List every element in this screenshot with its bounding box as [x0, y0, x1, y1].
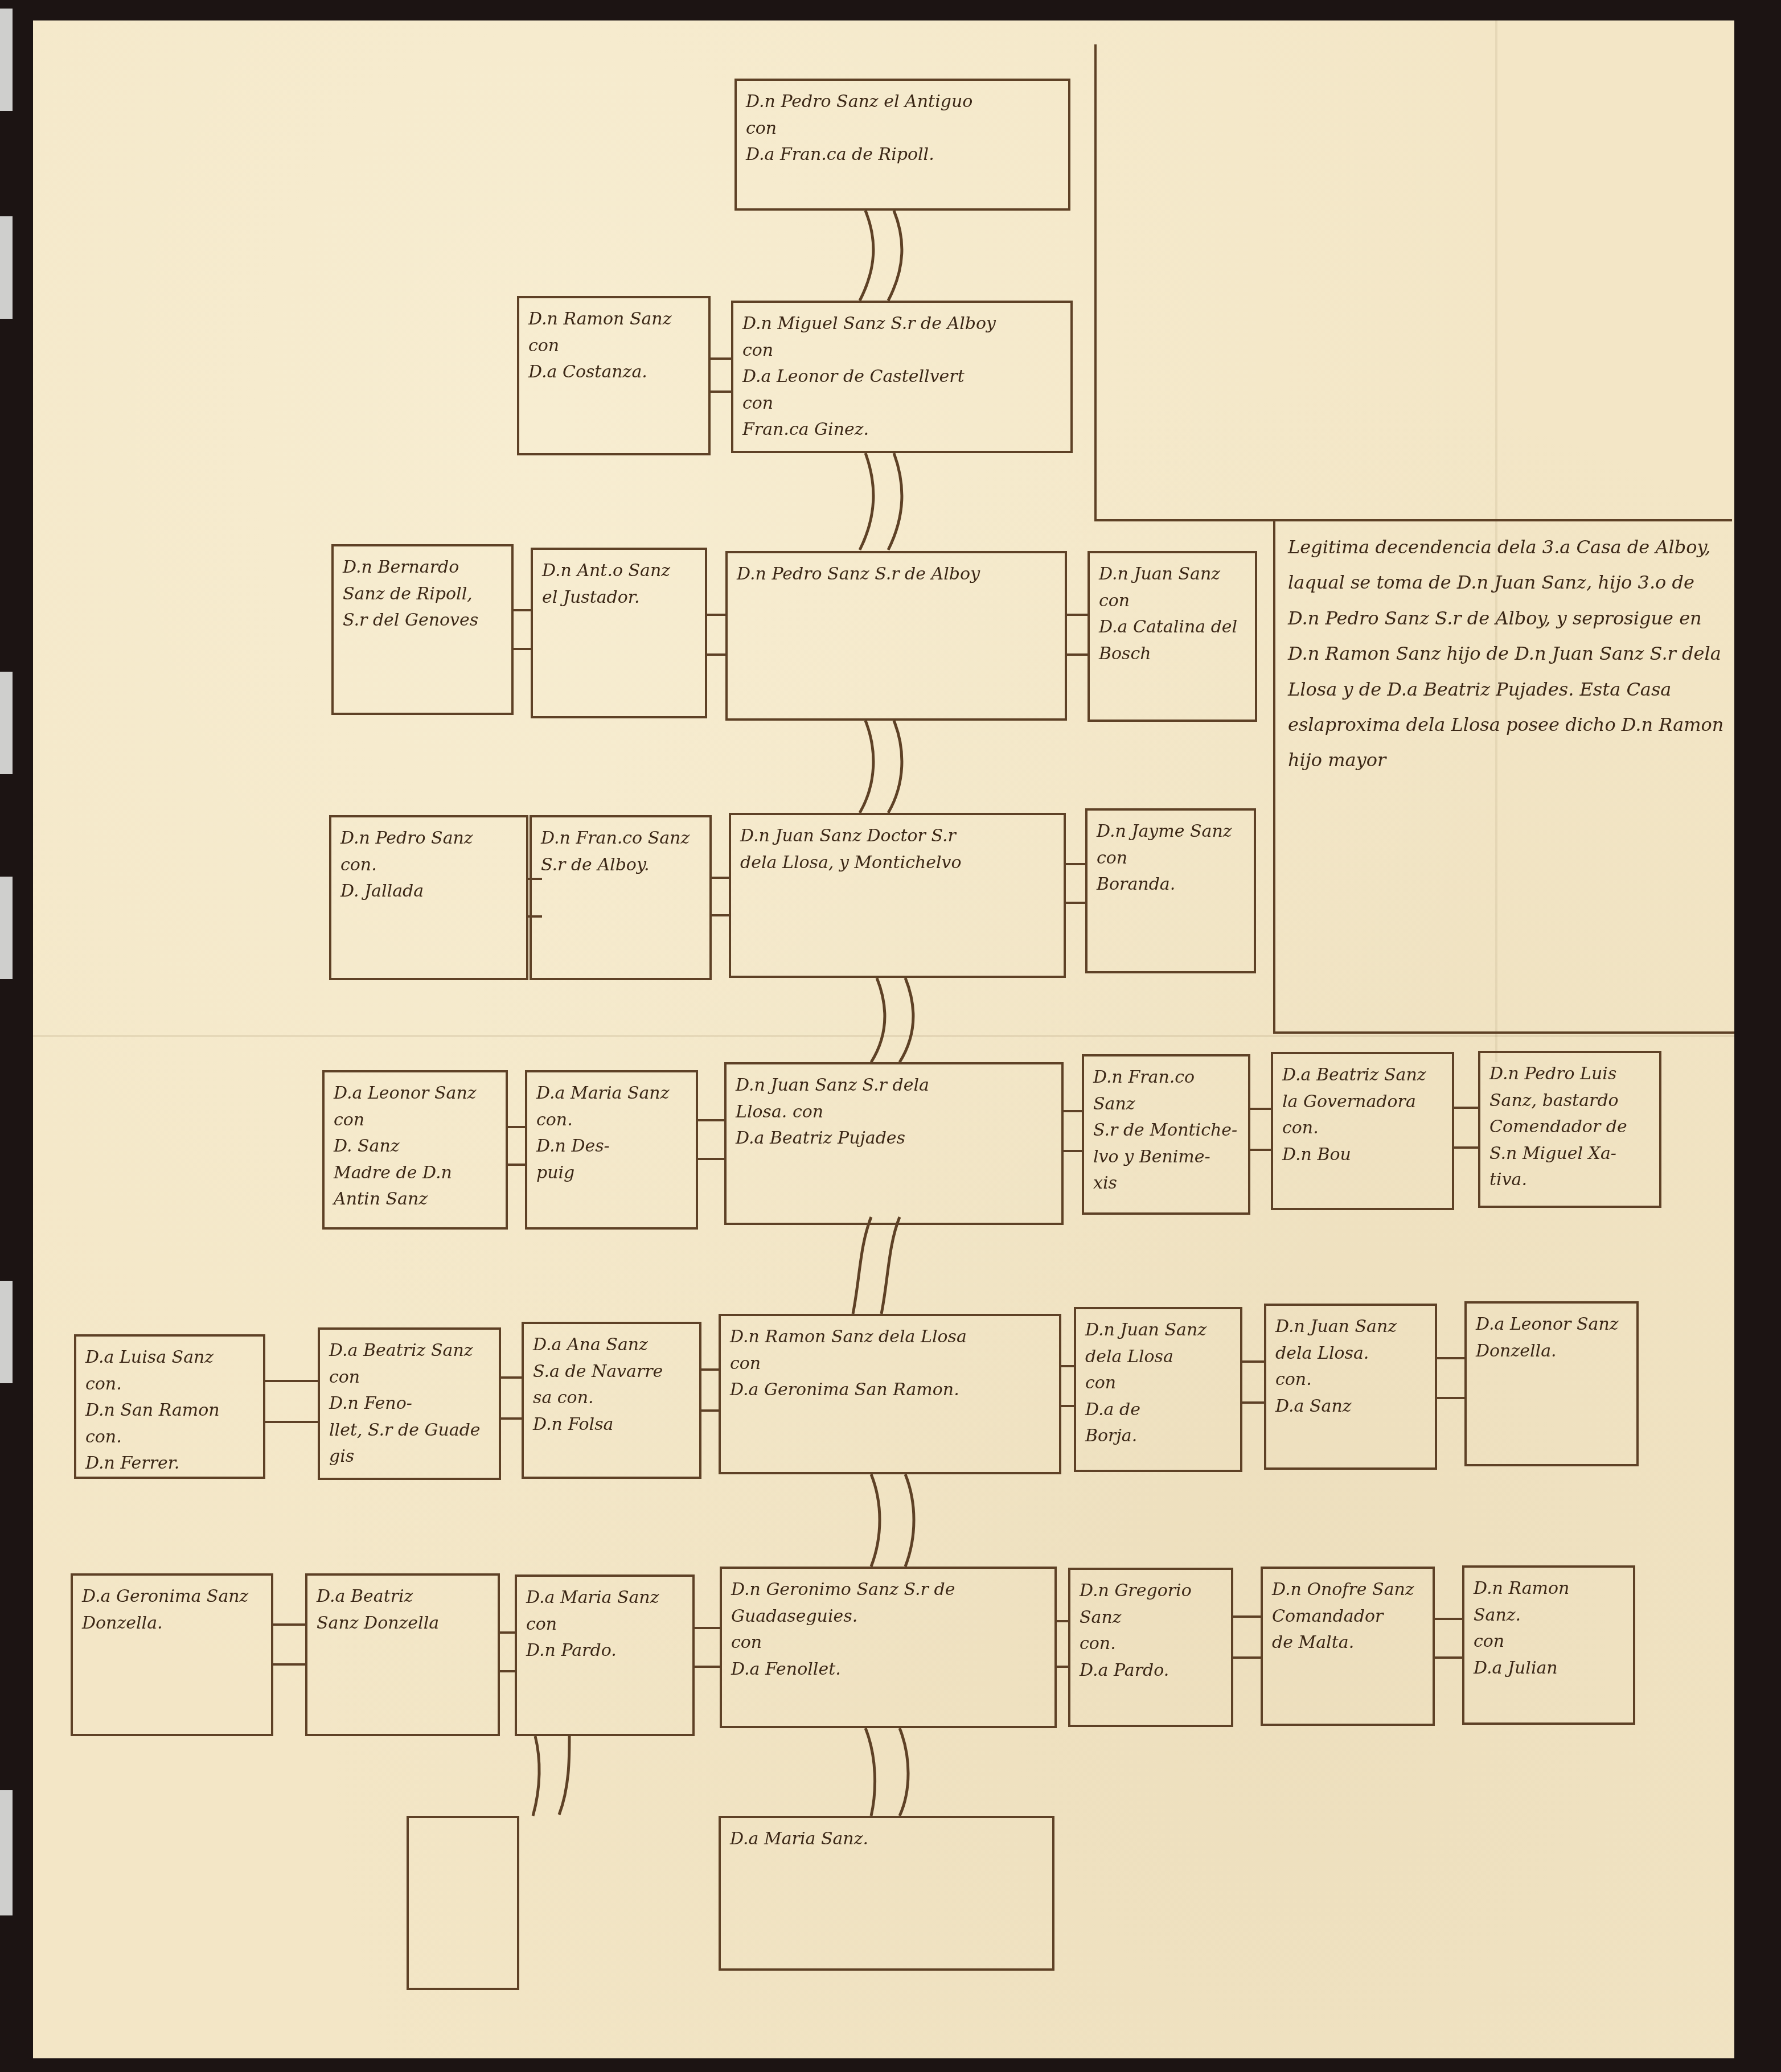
descent-connector-g3-g4: [854, 721, 934, 814]
sibling-link-tick: [695, 1627, 720, 1629]
sibling-link-tick: [1242, 1401, 1264, 1404]
sibling-link-tick: [508, 1126, 525, 1128]
sibling-link-tick: [1435, 1656, 1462, 1659]
sibling-link-tick: [1066, 902, 1085, 904]
person-box-gregorio-sanz: D.n Gregorio Sanz con. D.a Pardo.: [1068, 1568, 1233, 1727]
descent-connector-g7-g8: [854, 1728, 934, 1817]
sibling-link-tick: [1064, 1110, 1082, 1112]
person-box-ramon-sanz: D.n Ramon Sanz con D.a Costanza.: [517, 296, 711, 455]
person-box-juan-sanz-bosch: D.n Juan Sanz con D.a Catalina del Bosch: [1088, 551, 1257, 722]
sibling-link-tick: [508, 1164, 525, 1166]
person-box-juan-sanz-llosa-b: D.n Juan Sanz dela Llosa. con. D.a Sanz: [1264, 1304, 1437, 1470]
sibling-link-tick: [1067, 614, 1088, 616]
person-box-empty: [407, 1816, 519, 1990]
sibling-link-tick: [501, 1376, 522, 1379]
sibling-link-tick: [711, 390, 731, 393]
descent-connector-empty-box: [512, 1736, 592, 1817]
sibling-link-tick: [265, 1380, 318, 1382]
panel-divider-horizontal: [1094, 519, 1732, 521]
person-box-ana-sanz: D.a Ana Sanz S.a de Navarre sa con. D.n …: [522, 1322, 701, 1479]
lineage-note: Legitima decendencia dela 3.a Casa de Al…: [1288, 529, 1726, 778]
sibling-link-tick: [711, 357, 731, 360]
descent-connector-g4-g5: [865, 978, 945, 1063]
person-box-onofre-sanz: D.n Onofre Sanz Comandador de Malta.: [1261, 1567, 1435, 1726]
calibration-strip-patch: [0, 877, 13, 979]
person-box-juan-sanz-doctor: D.n Juan Sanz Doctor S.r dela Llosa, y M…: [729, 813, 1066, 978]
sibling-link-tick: [1061, 1405, 1074, 1407]
calibration-strip-patch: [0, 1281, 13, 1383]
person-box-juan-sanz-llosa: D.n Juan Sanz S.r dela Llosa. con D.a Be…: [724, 1062, 1064, 1225]
person-box-luisa-sanz: D.a Luisa Sanz con. D.n San Ramon con. D…: [74, 1334, 265, 1479]
sibling-link-tick: [1066, 863, 1085, 865]
sibling-link-tick: [1437, 1397, 1464, 1399]
descent-connector-g6-g7: [860, 1474, 939, 1568]
sibling-link-tick: [712, 914, 729, 916]
sibling-link-tick: [528, 915, 542, 918]
person-box-pedro-el-antiguo: D.n Pedro Sanz el Antiguo con D.a Fran.c…: [734, 79, 1070, 211]
descent-connector-g5-g6: [854, 1217, 934, 1315]
person-box-ramon-sanz-julian: D.n Ramon Sanz. con D.a Julian: [1462, 1565, 1635, 1725]
person-box-miguel-sanz: D.n Miguel Sanz S.r de Alboy con D.a Leo…: [731, 301, 1073, 453]
person-box-juan-sanz-borja: D.n Juan Sanz dela Llosa con D.a de Borj…: [1074, 1307, 1242, 1472]
sibling-link-tick: [1061, 1365, 1074, 1367]
person-box-beatriz-sanz-donzella: D.a Beatriz Sanz Donzella: [305, 1573, 500, 1736]
person-box-pedro-luis-sanz: D.n Pedro Luis Sanz, bastardo Comendador…: [1478, 1051, 1661, 1208]
sibling-link-tick: [273, 1623, 305, 1626]
person-box-leonor-sanz: D.a Leonor Sanz con D. Sanz Madre de D.n…: [322, 1070, 508, 1230]
calibration-strip-patch: [0, 672, 13, 774]
sibling-link-tick: [1067, 653, 1088, 656]
person-box-geronimo-sanz: D.n Geronimo Sanz S.r de Guadaseguies. c…: [720, 1567, 1057, 1728]
sibling-link-tick: [265, 1421, 318, 1423]
person-box-maria-sanz-despuig: D.a Maria Sanz con. D.n Des- puig: [525, 1070, 698, 1230]
person-box-jayme-sanz: D.n Jayme Sanz con Boranda.: [1085, 808, 1256, 973]
person-box-francisco-sanz-alboy: D.n Fran.co Sanz S.r de Alboy.: [530, 815, 712, 980]
panel-divider-vertical: [1094, 44, 1097, 521]
sibling-link-tick: [501, 1417, 522, 1420]
sibling-link-tick: [1057, 1620, 1068, 1622]
person-box-maria-sanz-pardo: D.a Maria Sanz con D.n Pardo.: [515, 1574, 695, 1736]
sibling-link-tick: [1057, 1666, 1068, 1668]
note-panel-left-border: [1273, 521, 1275, 1034]
sibling-link-tick: [1454, 1146, 1478, 1149]
sibling-link-tick: [1250, 1149, 1271, 1151]
sibling-link-tick: [1250, 1108, 1271, 1110]
sibling-link-tick: [707, 614, 725, 616]
sibling-link-tick: [698, 1119, 724, 1121]
person-box-beatriz-governadora: D.a Beatriz Sanz la Governadora con. D.n…: [1271, 1052, 1454, 1210]
person-box-bernardo-sanz: D.n Bernardo Sanz de Ripoll, S.r del Gen…: [331, 544, 514, 715]
descent-connector-g2-g3: [854, 453, 934, 551]
calibration-strip-patch: [0, 1790, 13, 1915]
person-box-ramon-sanz-llosa: D.n Ramon Sanz dela Llosa con D.a Geroni…: [719, 1314, 1061, 1474]
person-box-maria-sanz-final: D.a Maria Sanz.: [719, 1816, 1054, 1971]
person-box-pedro-sanz-jallada: D.n Pedro Sanz con. D. Jalladа: [329, 815, 528, 980]
sibling-link-tick: [1454, 1107, 1478, 1109]
sibling-link-tick: [695, 1666, 720, 1668]
sibling-link-tick: [1435, 1618, 1462, 1620]
person-box-leonor-sanz-donzella: D.a Leonor Sanz Donzella.: [1464, 1301, 1639, 1466]
sibling-link-tick: [514, 609, 531, 611]
person-box-geronima-sanz: D.a Geronima Sanz Donzella.: [71, 1573, 273, 1736]
sibling-link-tick: [1064, 1150, 1082, 1152]
note-panel-bottom-border: [1273, 1031, 1734, 1034]
sibling-link-tick: [701, 1368, 719, 1371]
calibration-strip-patch: [0, 216, 13, 319]
sibling-link-tick: [1233, 1656, 1261, 1659]
sibling-link-tick: [528, 878, 542, 880]
sibling-link-tick: [707, 653, 725, 656]
sibling-link-tick: [500, 1631, 515, 1634]
sibling-link-tick: [1437, 1357, 1464, 1359]
person-box-beatriz-sanz-fenollet: D.a Beatriz Sanz con D.n Feno- llet, S.r…: [318, 1327, 501, 1480]
descent-connector-g1-g2: [854, 211, 934, 302]
sibling-link-tick: [698, 1158, 724, 1160]
calibration-strip-patch: [0, 9, 13, 111]
sibling-link-tick: [514, 648, 531, 650]
sibling-link-tick: [1233, 1615, 1261, 1618]
sibling-link-tick: [712, 877, 729, 879]
sibling-link-tick: [701, 1409, 719, 1412]
person-box-antonio-sanz: D.n Ant.o Sanz el Justador.: [531, 548, 707, 718]
person-box-pedro-sanz-alboy: D.n Pedro Sanz S.r de Alboy: [725, 551, 1067, 721]
sibling-link-tick: [1242, 1360, 1264, 1363]
sibling-link-tick: [500, 1670, 515, 1672]
person-box-francisco-sanz-montichelvo: D.n Fran.co Sanz S.r de Montiche- lvo y …: [1082, 1054, 1250, 1215]
sibling-link-tick: [273, 1663, 305, 1666]
